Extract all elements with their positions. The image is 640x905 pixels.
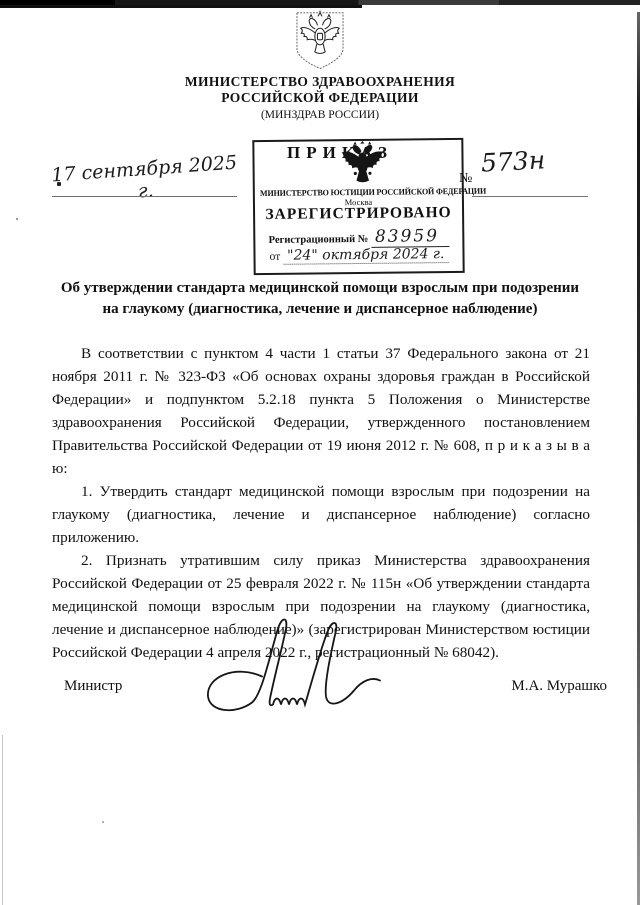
paragraph-preamble: В соответствии с пунктом 4 части 1 стать… [52, 342, 590, 480]
stamp-date-row: от "24" октября 2024 г. [255, 246, 462, 264]
signer-position: Министр [64, 678, 122, 695]
stamp-date-prefix: от [270, 251, 281, 263]
scan-speck [102, 821, 104, 823]
ministry-name-line2: РОССИЙСКОЙ ФЕДЕРАЦИИ [0, 90, 640, 106]
scanned-order-document: МИНИСТЕРСТВО ЗДРАВООХРАНЕНИЯ РОССИЙСКОЙ … [0, 0, 640, 905]
stamp-reg-number-handwritten: 83959 [371, 226, 449, 248]
scan-artifact-top-bar-thick [0, 5, 362, 8]
stamp-registered-label: ЗАРЕГИСТРИРОВАНО [255, 204, 462, 224]
ministry-name-line1: МИНИСТЕРСТВО ЗДРАВООХРАНЕНИЯ [0, 74, 640, 90]
order-date-handwritten: 17 сентября 2025 г. [49, 151, 242, 208]
ministry-header: МИНИСТЕРСТВО ЗДРАВООХРАНЕНИЯ РОССИЙСКОЙ … [0, 74, 640, 122]
order-number-handwritten: 573н [480, 145, 546, 177]
coat-of-arms-icon [288, 9, 352, 73]
signer-name: М.А. Мурашко [511, 678, 607, 695]
ministry-short-name: (МИНЗДРАВ РОССИИ) [0, 108, 640, 122]
justice-ministry-registration-stamp: МИНИСТЕРСТВО ЮСТИЦИИ РОССИЙСКОЙ ФЕДЕРАЦИ… [252, 138, 464, 275]
stamp-date-handwritten: "24" октября 2024 г. [283, 246, 448, 265]
stamp-reg-label: Регистрационный № [269, 234, 369, 246]
order-number-underline [472, 196, 588, 197]
stamp-eagle-icon [335, 141, 389, 188]
stamp-registration-number-row: Регистрационный № 83959 [255, 226, 462, 248]
scan-artifact-left-edge [2, 735, 3, 905]
order-date-underline [52, 196, 237, 197]
order-title-line2: на глаукому (диагностика, лечение и дисп… [35, 299, 605, 320]
scan-speck [16, 218, 18, 220]
order-title-line1: Об утверждении стандарта медицинской пом… [35, 278, 605, 299]
minister-signature [196, 612, 386, 732]
paragraph-item-1: 1. Утвердить стандарт медицинской помощи… [52, 480, 590, 549]
order-title: Об утверждении стандарта медицинской пом… [35, 278, 605, 320]
